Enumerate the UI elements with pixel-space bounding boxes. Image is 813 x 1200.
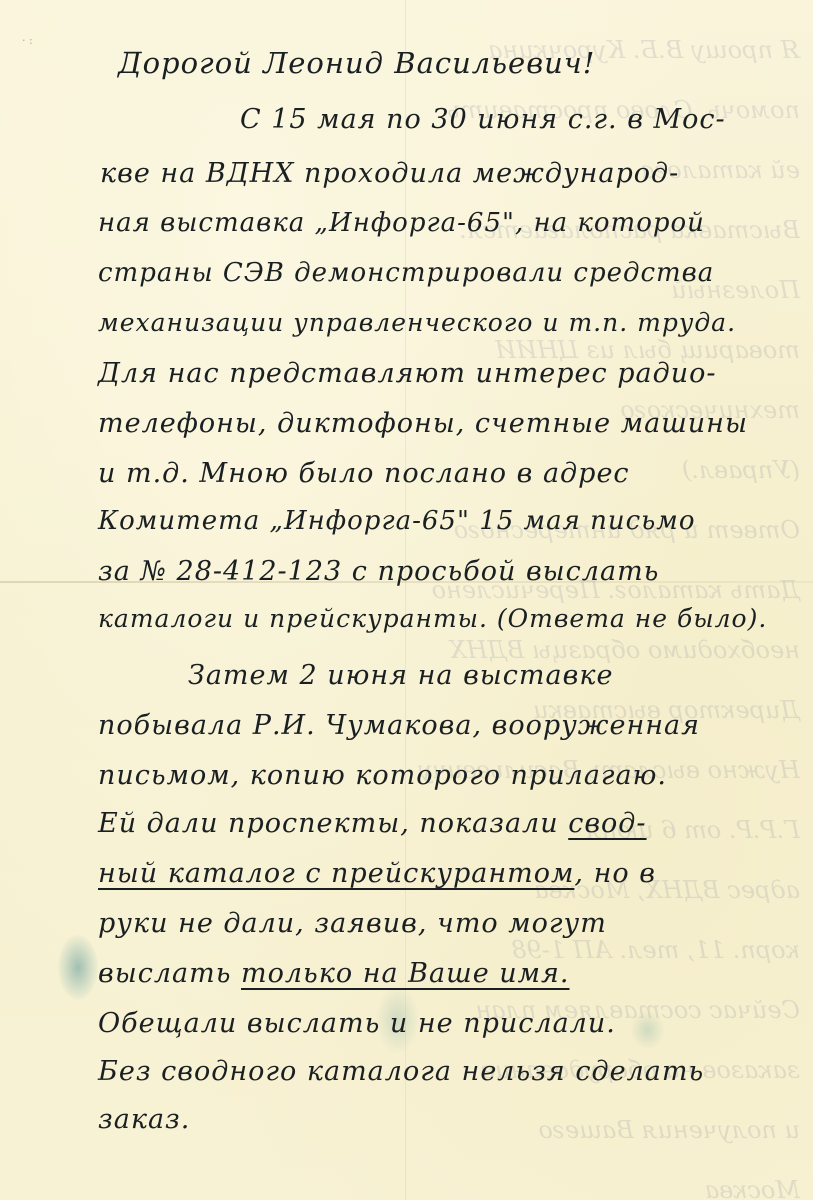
letter-line: руки не дали, заявив, что могут — [98, 908, 607, 939]
line-text: , но в — [574, 858, 656, 889]
letter-line: Обещали выслать и не прислали. — [98, 1008, 616, 1039]
letter-line: механизации управленческого и т.п. труда… — [98, 308, 736, 337]
underlined-text: только на Ваше имя. — [241, 958, 570, 989]
letter-line: телефоны, диктофоны, счетные машины — [98, 408, 748, 439]
line-text: выслать — [98, 958, 241, 989]
letter-line: каталоги и прейскуранты. (Ответа не было… — [98, 604, 767, 633]
underlined-text: ный каталог с прейскурантом — [98, 858, 574, 889]
letter-line: заказ. — [98, 1104, 190, 1135]
line-text: Ей дали проспекты, показали — [98, 808, 568, 839]
letter-line: Для нас представляют интерес радио- — [98, 358, 717, 389]
salutation: Дорогой Леонид Васильевич! — [118, 46, 595, 80]
letter-line: Комитета „Инфорга-65" 15 мая письмо — [98, 506, 696, 536]
letter-line: ный каталог с прейскурантом, но в — [98, 858, 656, 889]
letter-line: страны СЭВ демонстрировали средства — [98, 258, 714, 288]
letter-line: ная выставка „Инфорга-65", на которой — [98, 208, 705, 238]
letter-line: Затем 2 июня на выставке — [188, 660, 613, 691]
underlined-text: свод- — [568, 808, 646, 839]
water-stain — [630, 1010, 665, 1050]
letter-line: Без сводного каталога нельзя сделать — [98, 1056, 704, 1087]
letter-line: письмом, копию которого прилагаю. — [98, 760, 667, 791]
letter-page: Я прошу В.Б. Курочкина помочь. Слово про… — [0, 0, 813, 1200]
corner-mark: · : — [22, 34, 33, 47]
ink-stain — [58, 935, 98, 1000]
letter-line: за № 28-412-123 с просьбой выслать — [98, 556, 659, 587]
letter-line: Ей дали проспекты, показали свод- — [98, 808, 647, 839]
letter-line: С 15 мая по 30 июня с.г. в Мос- — [240, 104, 726, 135]
letter-line: выслать только на Ваше имя. — [98, 958, 570, 989]
letter-line: побывала Р.И. Чумакова, вооруженная — [98, 710, 700, 741]
letter-line: и т.д. Мною было послано в адрес — [98, 458, 630, 489]
letter-line: кве на ВДНХ проходила международ- — [100, 158, 679, 189]
